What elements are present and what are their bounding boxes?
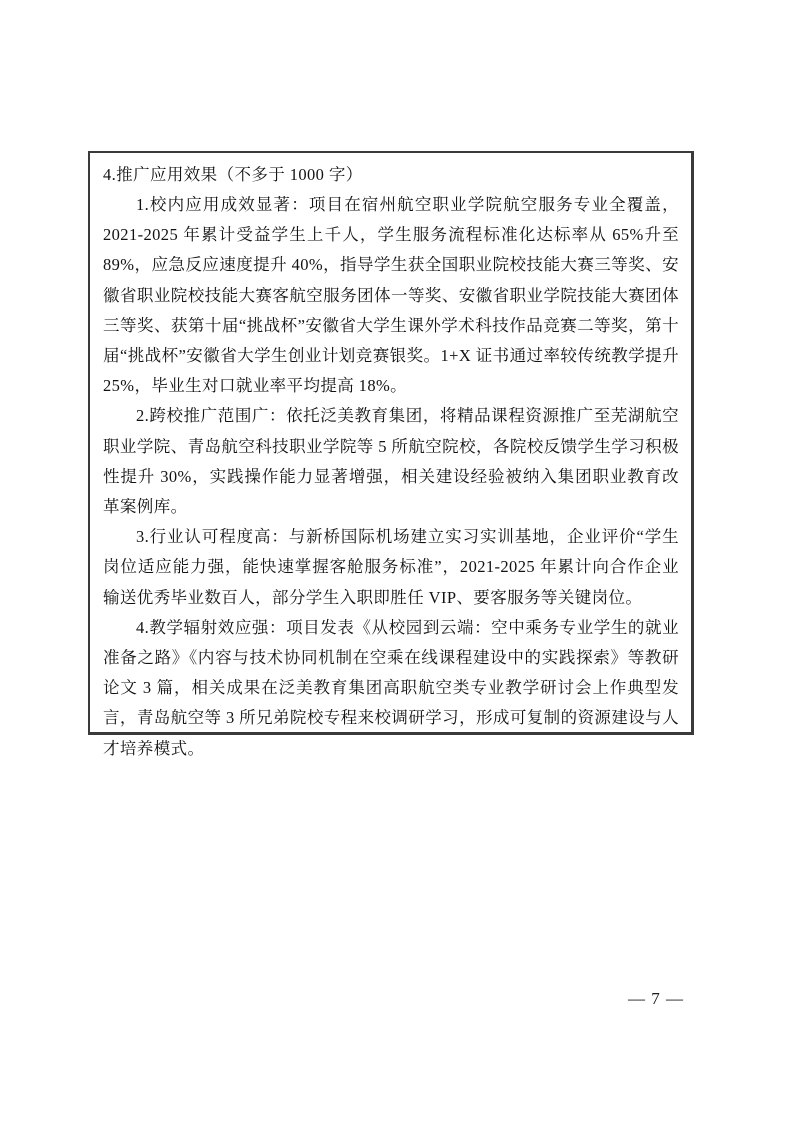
document-page: 4.推广应用效果（不多于 1000 字） 1.校内应用成效显著：项目在宿州航空职… — [0, 0, 793, 1122]
section-title: 4.推广应用效果（不多于 1000 字） — [103, 160, 679, 190]
paragraph-industry-recognition: 3.行业认可程度高：与新桥国际机场建立实习实训基地，企业评价“学生岗位适应能力强… — [103, 522, 679, 613]
paragraph-campus-application: 1.校内应用成效显著：项目在宿州航空职业学院航空服务专业全覆盖，2021-202… — [103, 190, 679, 401]
page-number: — 7 — — [606, 989, 706, 1009]
paragraph-teaching-radiation: 4.教学辐射效应强：项目发表《从校园到云端：空中乘务专业学生的就业准备之路》《内… — [103, 613, 679, 764]
promotion-effect-section-box: 4.推广应用效果（不多于 1000 字） 1.校内应用成效显著：项目在宿州航空职… — [88, 151, 694, 735]
paragraph-cross-school-promotion: 2.跨校推广范围广：依托泛美教育集团，将精品课程资源推广至芜湖航空职业学院、青岛… — [103, 401, 679, 522]
